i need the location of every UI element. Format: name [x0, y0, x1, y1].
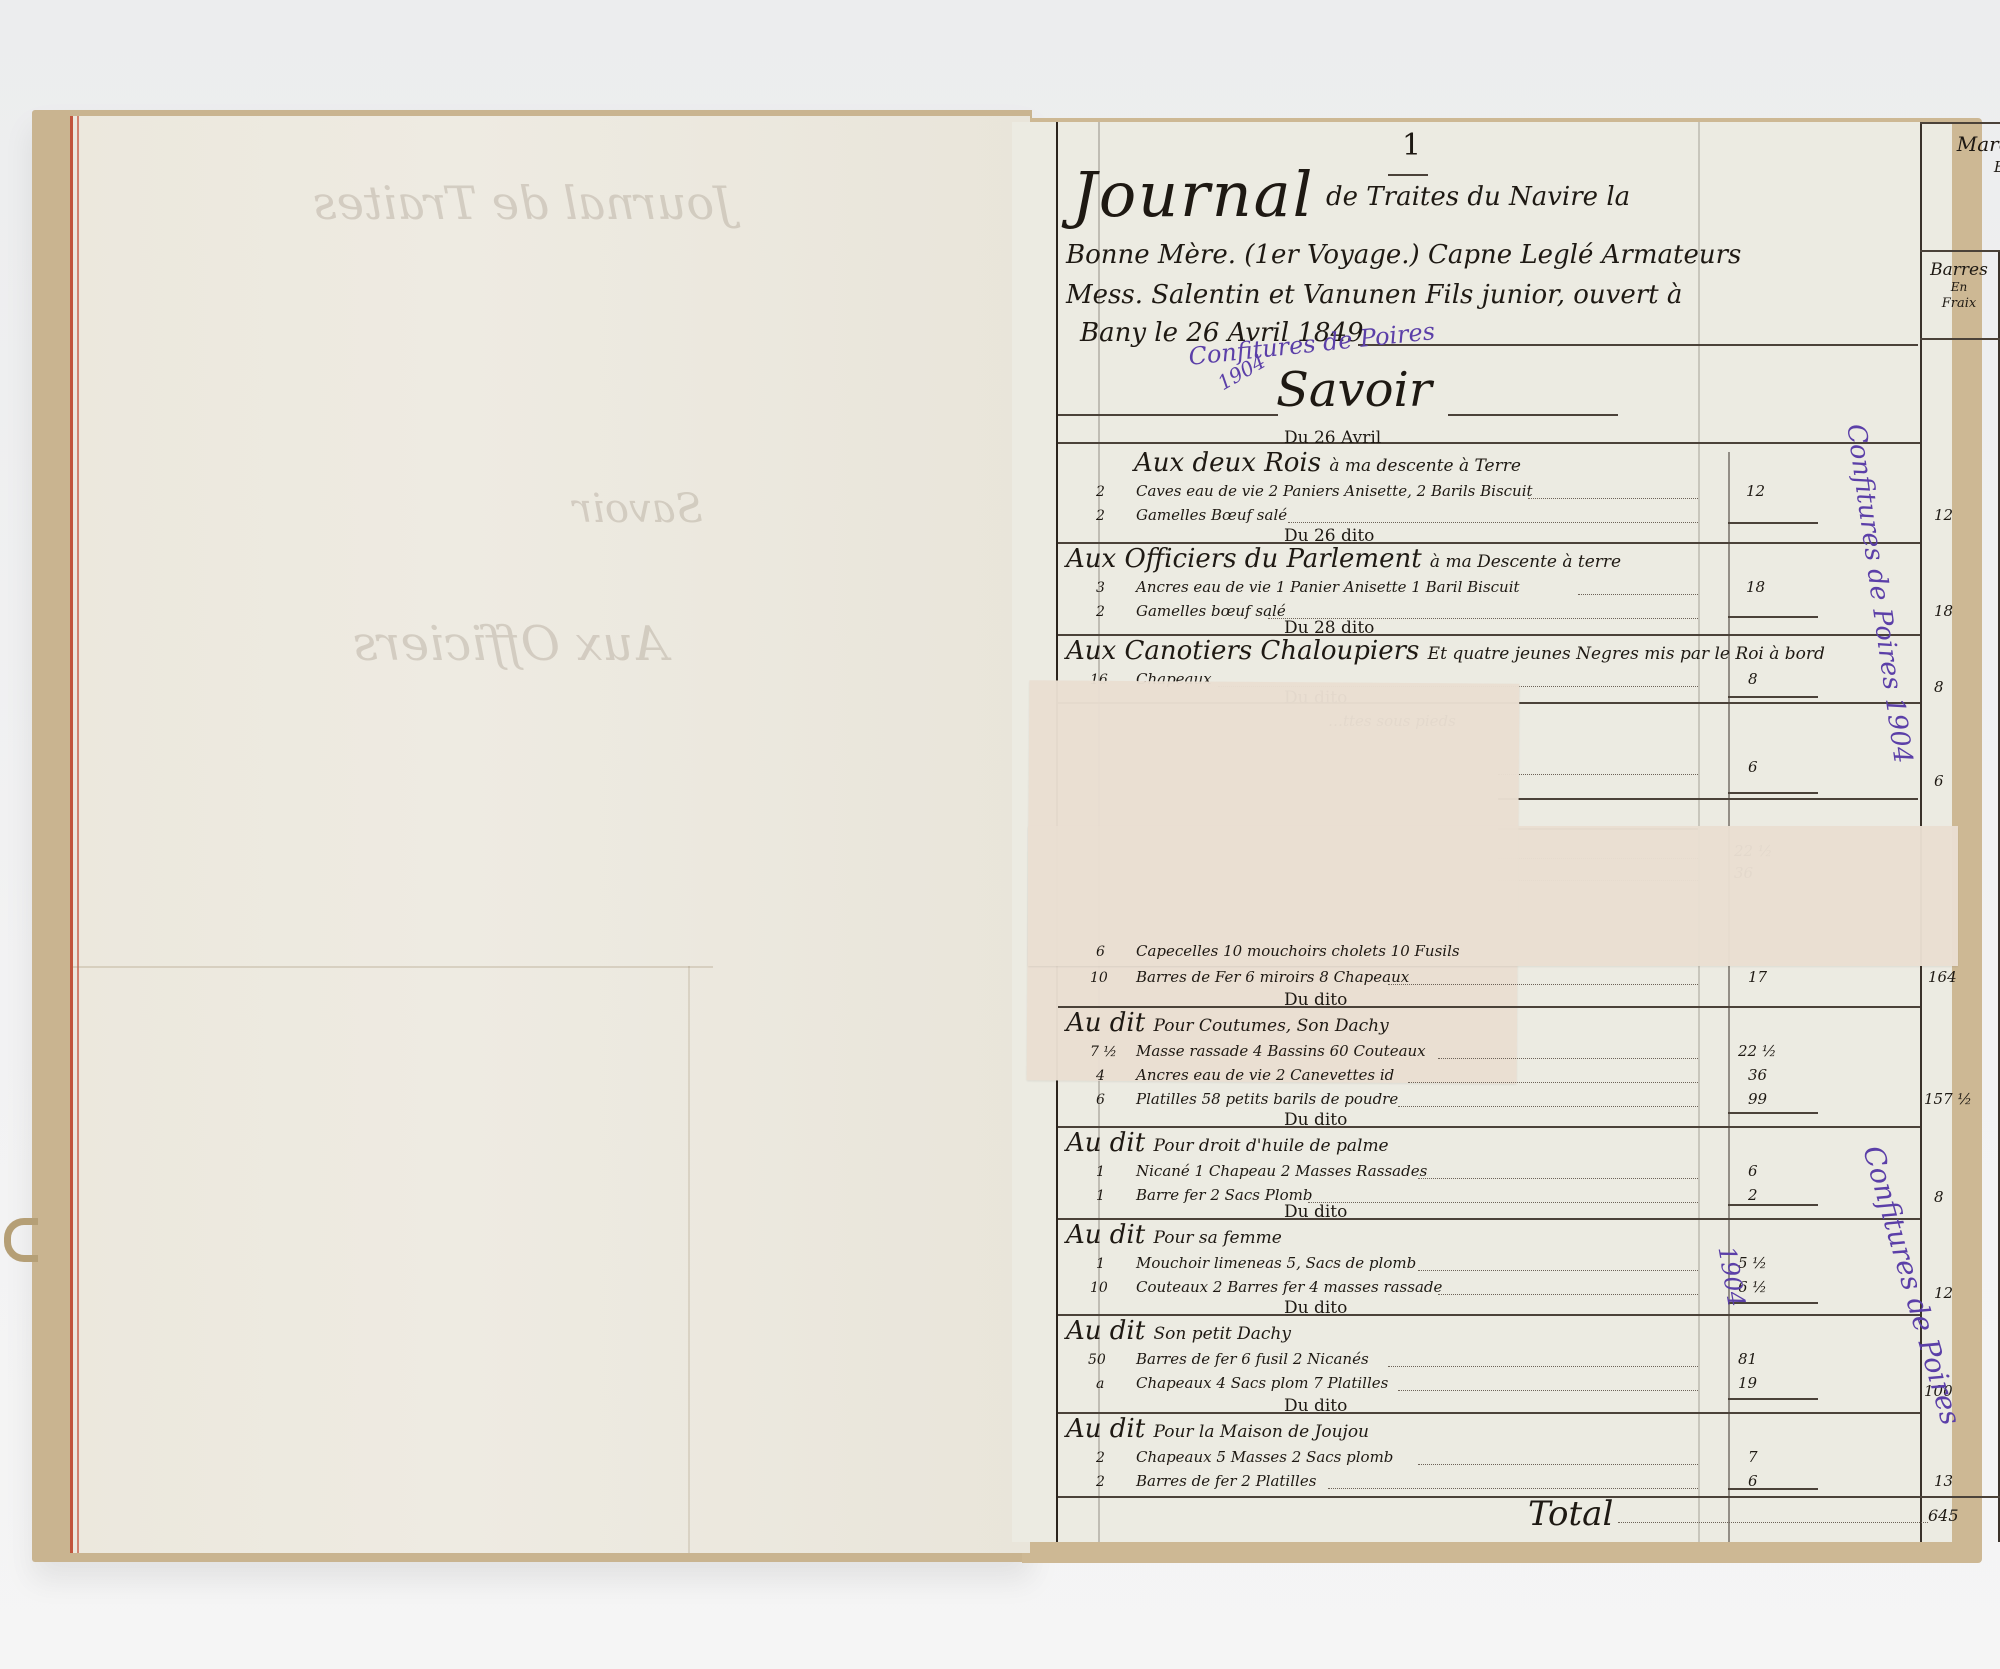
subtotal-rule [1728, 1204, 1818, 1206]
item-description: Capecelles 10 mouchoirs cholets 10 Fusil… [1136, 942, 1460, 960]
red-margin-line [77, 116, 79, 1553]
leader-dots [1578, 594, 1698, 595]
subtotal-rule [1728, 792, 1818, 794]
purple-stamp-column-upper: Confitures de Poires 1904 [1840, 422, 1917, 765]
leader-dots [1418, 1464, 1698, 1465]
col-group-top [1920, 122, 2000, 124]
col-group-header-4: Barres [1928, 212, 2000, 230]
entry-subtotal: 164 [1928, 968, 1957, 986]
item-qty: 6 [1096, 1092, 1105, 1108]
entry-subtotal: 12 [1934, 506, 1953, 524]
item-qty: 2 [1096, 1474, 1105, 1490]
subtotal-rule [1728, 522, 1818, 524]
bleed-through-text: Aux Officiers [353, 616, 668, 672]
entry-date: Du dito [1284, 1202, 1347, 1222]
leader-dots [1388, 1366, 1698, 1367]
leader-dots [1398, 1106, 1698, 1107]
item-description: Chapeaux 4 Sacs plom 7 Platilles [1136, 1374, 1388, 1392]
item-qty: 1 [1096, 1188, 1105, 1204]
left-page-blank: Journal de Traites Savoir Aux Officiers [70, 116, 1030, 1553]
col1-header-1: Barres [1920, 260, 1998, 280]
subtotal-rule [1728, 1488, 1818, 1490]
item-amount: 6 [1748, 1162, 1758, 1180]
binding-tie-string [4, 1218, 38, 1262]
entry-date: Du 26 Avril [1284, 428, 1381, 448]
item-description: Nicané 1 Chapeau 2 Masses Rassades [1136, 1162, 1427, 1180]
col-group-header-1: Marchandises [1928, 132, 2000, 156]
leader-dots [1498, 774, 1698, 775]
item-amount: 19 [1738, 1374, 1757, 1392]
subtotal-rule [1728, 696, 1818, 698]
item-amount: 22 ½ [1738, 1042, 1776, 1060]
paper-tear-mark [73, 966, 713, 968]
entry-subtotal: 8 [1934, 678, 1944, 696]
item-amount: 2 [1748, 1186, 1758, 1204]
item-description: Gamelles Bœuf salé [1136, 506, 1287, 524]
item-qty: 2 [1096, 508, 1105, 524]
col1-header-3: Fraix [1920, 296, 1998, 311]
item-description: Barres de fer 6 fusil 2 Nicanés [1136, 1350, 1369, 1368]
header-line-1: de Traites du Navire la [1326, 182, 1630, 212]
item-qty: 7 ½ [1090, 1044, 1117, 1060]
leader-dots [1418, 1178, 1698, 1179]
item-qty: 1 [1096, 1164, 1105, 1180]
ledger-grid: 1 Journal de Traites du Navire la Bonne … [1056, 122, 1952, 1542]
item-description: Barres de fer 2 Platilles [1136, 1472, 1316, 1490]
leader-dots [1418, 1270, 1698, 1271]
item-qty: 10 [1090, 970, 1108, 986]
entry-subtotal: 8 [1934, 1188, 1944, 1206]
entry-recipient: Au dit Pour Coutumes, Son Dachy [1066, 1008, 1389, 1038]
leader-dots [1438, 1058, 1698, 1059]
entry-subtotal: 18 [1934, 602, 1953, 620]
item-amount: 17 [1748, 968, 1767, 986]
item-description: Masse rassade 4 Bassins 60 Couteaux [1136, 1042, 1426, 1060]
entry-subtotal: 13 [1934, 1472, 1953, 1490]
item-qty: 50 [1088, 1352, 1106, 1368]
item-description: Couteaux 2 Barres fer 4 masses rassade [1136, 1278, 1442, 1296]
item-amount: 12 [1746, 482, 1765, 500]
leader-dots [1438, 1294, 1698, 1295]
entry-date: Du dito [1284, 990, 1347, 1010]
entry-rule [1498, 798, 1918, 800]
item-amount: 81 [1738, 1350, 1757, 1368]
leader-dots [1328, 1488, 1698, 1489]
subtotal-rule [1728, 1112, 1818, 1114]
leader-dots [1288, 522, 1698, 523]
item-amount: 6 [1748, 758, 1758, 776]
item-description: Mouchoir limeneas 5, Sacs de plomb [1136, 1254, 1416, 1272]
item-description: Gamelles bœuf salé [1136, 602, 1286, 620]
total-label: Total [1528, 1494, 1613, 1534]
entry-subtotal: 6 [1934, 772, 1944, 790]
item-description: Barres de Fer 6 miroirs 8 Chapeaux [1136, 968, 1409, 986]
entry-date: Du 28 dito [1284, 618, 1374, 638]
entry-date: Du dito [1284, 1298, 1347, 1318]
col-header-bottom [1920, 338, 2000, 340]
right-page-ledger: 1 Journal de Traites du Navire la Bonne … [1012, 122, 1952, 1542]
item-description: Ancres eau de vie 2 Canevettes id [1136, 1066, 1394, 1084]
entry-recipient: Aux Officiers du Parlement à ma Descente… [1066, 544, 1621, 574]
leader-dots [1308, 1202, 1698, 1203]
item-qty: 2 [1096, 1450, 1105, 1466]
leader-dots [1528, 498, 1698, 499]
entry-date: Du dito [1284, 1110, 1347, 1130]
entry-recipient: Au dit Son petit Dachy [1066, 1316, 1291, 1346]
entry-date: Du 26 dito [1284, 526, 1374, 546]
leader-dots [1618, 1522, 1928, 1523]
col-header-divider [1920, 250, 2000, 252]
item-amount: 7 [1748, 1448, 1758, 1466]
col-group-header-2: Evaluées [1928, 158, 2000, 176]
journal-title: Journal [1072, 158, 1314, 231]
entry-recipient: Au dit Pour droit d'huile de palme [1066, 1128, 1389, 1158]
item-qty: a [1096, 1376, 1104, 1392]
item-amount: 8 [1748, 670, 1758, 688]
item-qty: 3 [1096, 580, 1105, 596]
section-title-savoir: Savoir [1276, 362, 1432, 418]
page-number-underline [1388, 174, 1428, 176]
leader-dots [1408, 1082, 1698, 1083]
bleed-through-text: Savoir [573, 486, 703, 532]
item-qty: 10 [1090, 1280, 1108, 1296]
header-line-3: Mess. Salentin et Vanunen Fils junior, o… [1066, 280, 1682, 310]
header-rule [1358, 344, 1918, 346]
leader-dots [1388, 984, 1698, 985]
entry-rule [1058, 442, 1920, 444]
entry-recipient: Aux deux Rois à ma descente à Terre [1134, 448, 1521, 478]
subtotal-rule [1728, 616, 1818, 618]
open-ledger-book: Journal de Traites Savoir Aux Officiers … [32, 108, 1980, 1563]
entry-subtotal: 12 [1934, 1284, 1953, 1302]
item-amount: 36 [1748, 1066, 1767, 1084]
item-qty: 6 [1096, 944, 1105, 960]
total-value: 645 [1928, 1506, 1959, 1525]
col-group-header-3: En [1928, 182, 2000, 200]
item-amount: 18 [1746, 578, 1765, 596]
subtotal-rule [1728, 1398, 1818, 1400]
item-qty: 2 [1096, 484, 1105, 500]
bleed-through-text: Journal de Traites [313, 176, 733, 230]
item-qty: 4 [1096, 1068, 1105, 1084]
rule [1448, 414, 1618, 416]
entry-recipient: Au dit Pour sa femme [1066, 1220, 1282, 1250]
page-number: 1 [1402, 128, 1421, 163]
leader-dots [1398, 1390, 1698, 1391]
col1-header-2: En [1920, 280, 1998, 294]
item-qty: 1 [1096, 1256, 1105, 1272]
entry-recipient: Au dit Pour la Maison de Joujou [1066, 1414, 1369, 1444]
item-qty: 2 [1096, 604, 1105, 620]
item-description: Platilles 58 petits barils de poudre [1136, 1090, 1398, 1108]
half-barres-column-rule-left [1998, 252, 2000, 1542]
item-description: Caves eau de vie 2 Paniers Anisette, 2 B… [1136, 482, 1533, 500]
entry-subtotal: 157 ½ [1924, 1090, 1972, 1108]
item-description: Ancres eau de vie 1 Panier Anisette 1 Ba… [1136, 578, 1520, 596]
header-line-2: Bonne Mère. (1er Voyage.) Capne Leglé Ar… [1066, 240, 1741, 270]
item-description: Chapeaux 5 Masses 2 Sacs plomb [1136, 1448, 1393, 1466]
entry-recipient: Aux Canotiers Chaloupiers Et quatre jeun… [1066, 636, 1825, 666]
item-amount: 99 [1748, 1090, 1767, 1108]
paper-tear-mark [688, 966, 690, 1553]
rule [1058, 414, 1278, 416]
entry-date: Du dito [1284, 1396, 1347, 1416]
